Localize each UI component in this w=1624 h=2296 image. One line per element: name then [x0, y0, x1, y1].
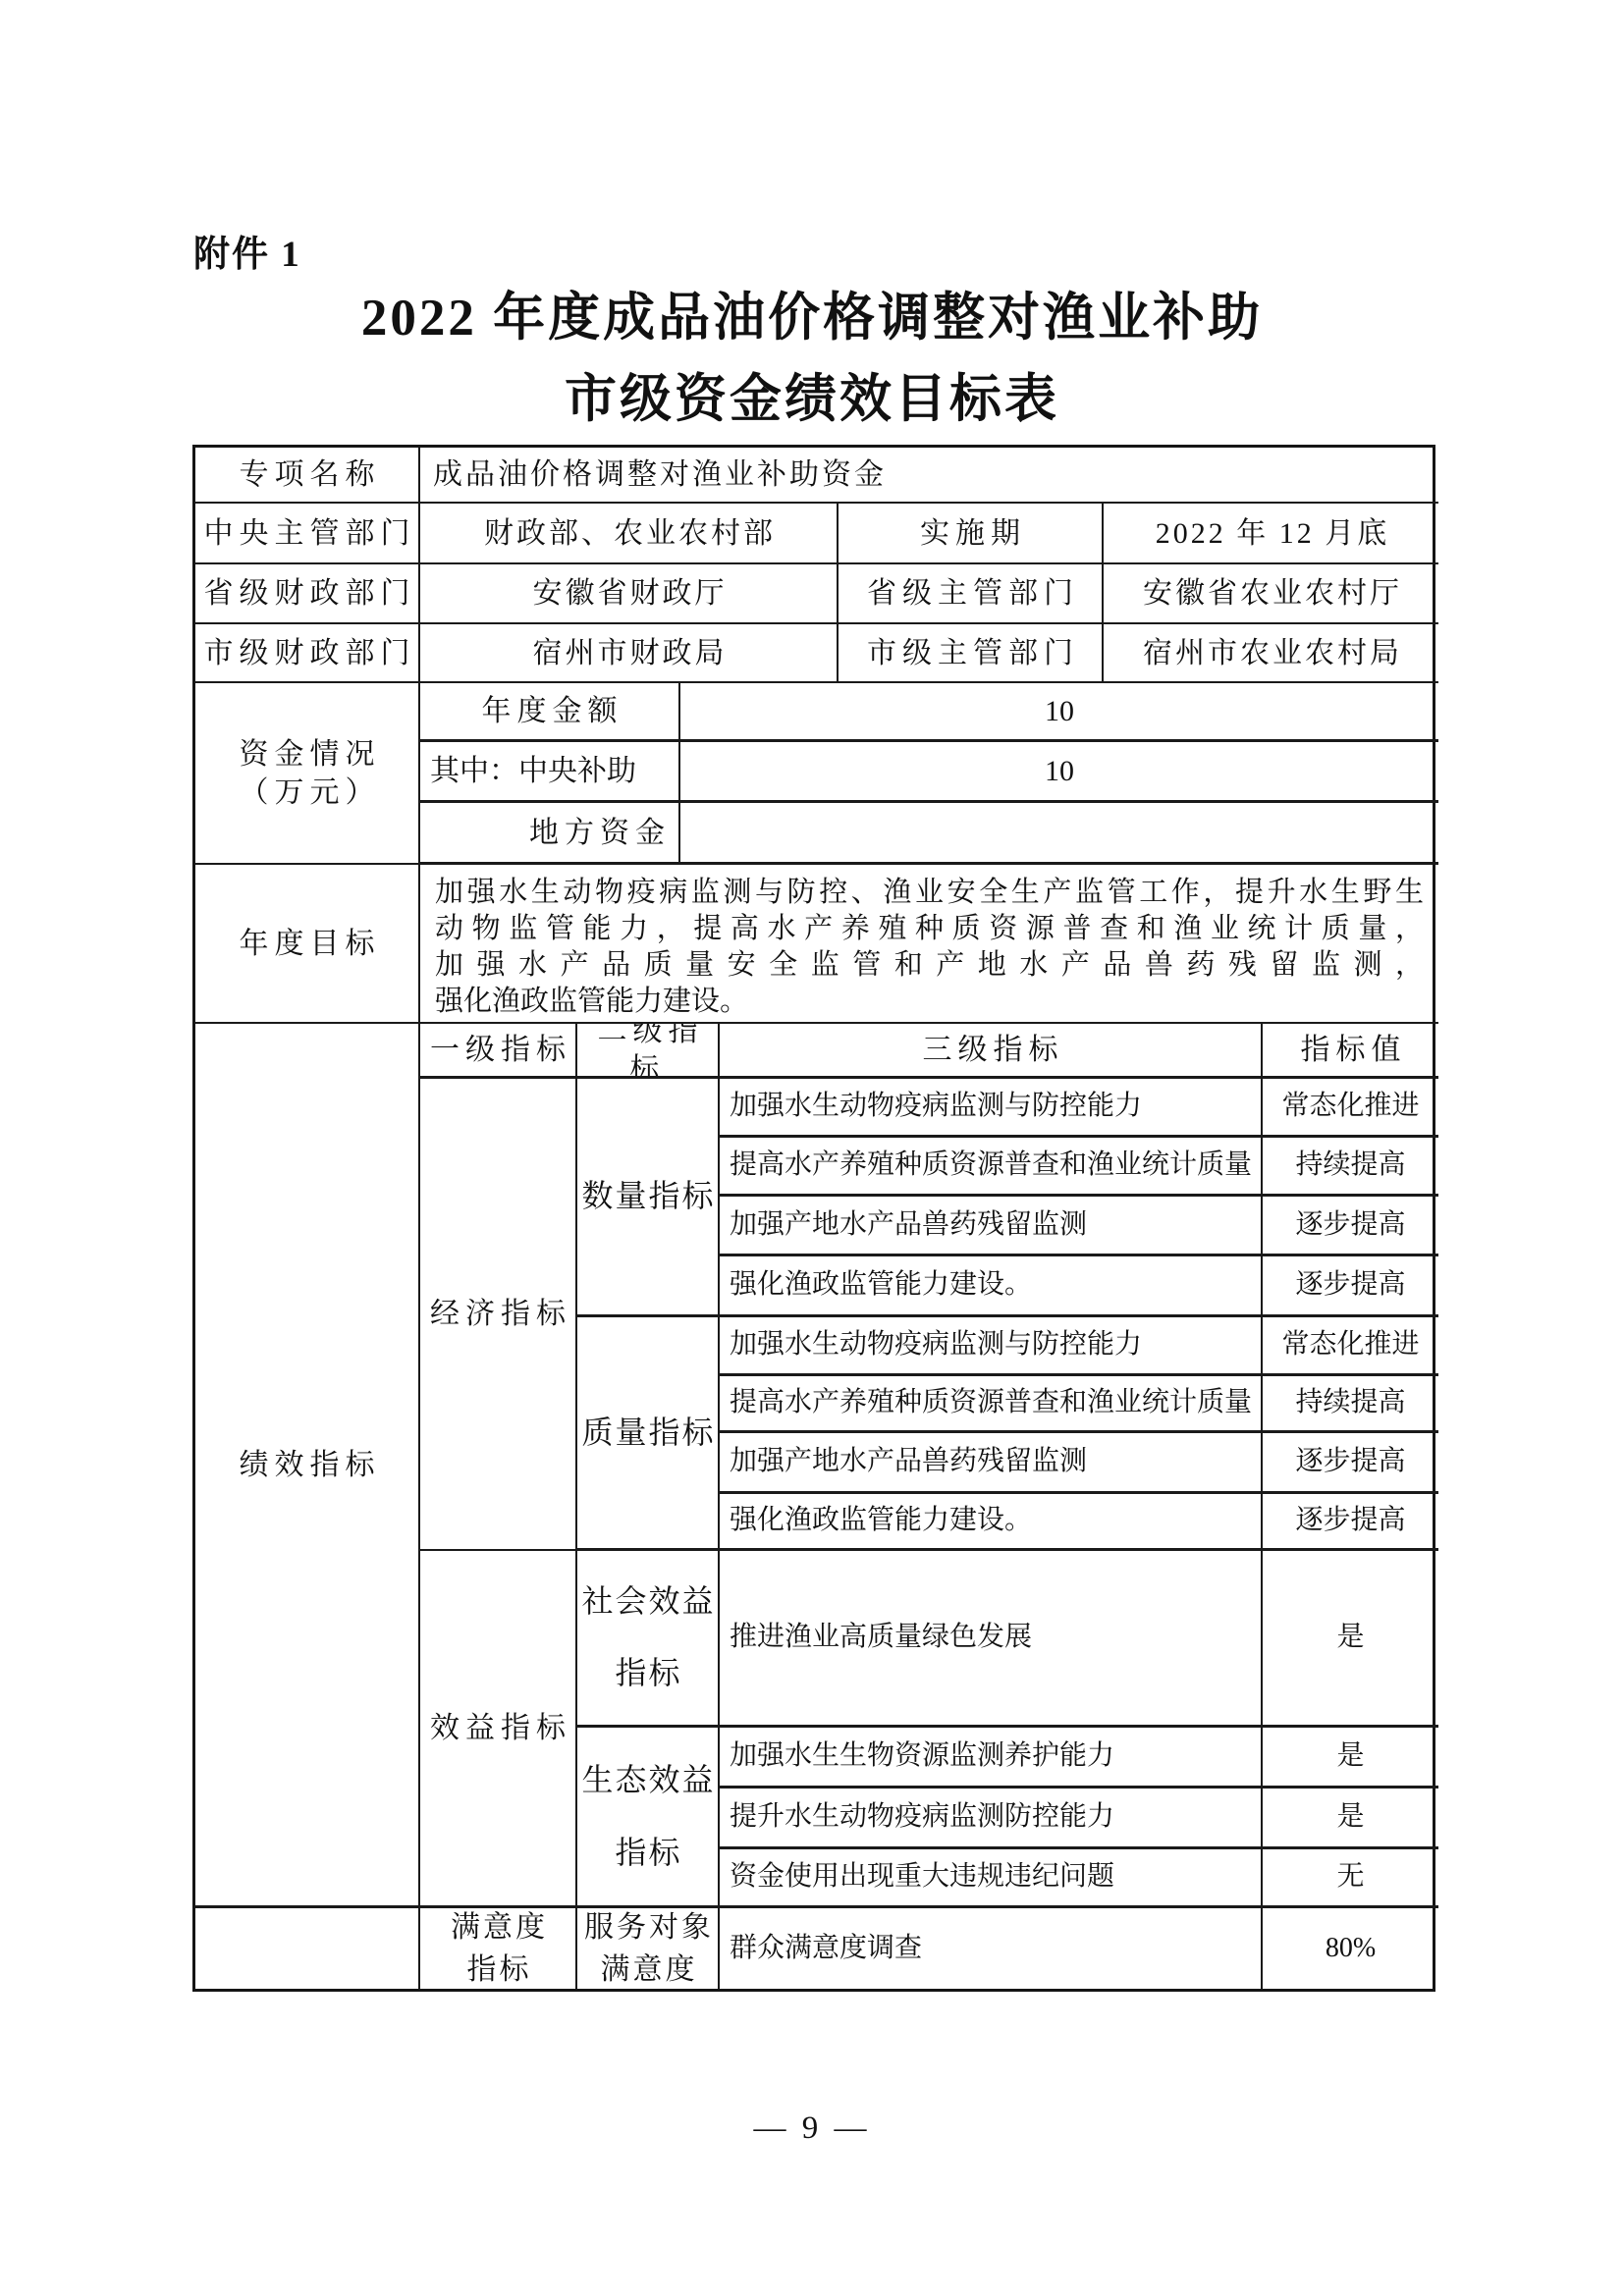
- cell-quantity-row1-value: 常态化推进: [1263, 1079, 1438, 1138]
- cell-central-dept-value: 财政部、农业农村部: [420, 504, 839, 564]
- cell-municipal-finance-value: 宿州市财政局: [420, 624, 839, 683]
- annual-goal-line1: 加强水生动物疫病监测与防控、渔业安全生产监管工作，提升水生野生: [435, 875, 1424, 911]
- cell-quantity-indicators-label: 数量指标: [577, 1079, 720, 1317]
- social-benefit-label-line2: 指标: [613, 1653, 681, 1694]
- page-number: — 9 —: [0, 2110, 1624, 2147]
- cell-eco-row1-value: 是: [1263, 1728, 1438, 1789]
- cell-quantity-row2-name: 提高水产养殖种质资源普查和渔业统计质量: [720, 1138, 1263, 1197]
- cell-satisfaction-label: 满意度 指标: [420, 1908, 577, 1989]
- cell-economic-indicators-label: 经济指标: [420, 1079, 577, 1551]
- cell-quality-indicators-label: 质量指标: [577, 1317, 720, 1551]
- document-title: 2022 年度成品油价格调整对渔业补助 市级资金绩效目标表: [0, 278, 1624, 441]
- cell-social-row1-name: 推进渔业高质量绿色发展: [720, 1551, 1263, 1728]
- cell-header-level3: 三级指标: [720, 1024, 1263, 1079]
- eco-benefit-label-line2: 指标: [613, 1833, 681, 1874]
- satisfaction-label-line2: 指标: [464, 1949, 532, 1989]
- cell-municipal-finance-label: 市级财政部门: [195, 624, 420, 683]
- attachment-label: 附件 1: [193, 224, 301, 277]
- satisfaction-label-line1: 满意度: [448, 1908, 548, 1949]
- annual-goal-line3: 加强水产品质量安全监管和产地水产品兽药残留监测，: [435, 947, 1424, 984]
- cell-project-name-label: 专项名称: [195, 448, 420, 504]
- cell-quantity-row1-name: 加强水生动物疫病监测与防控能力: [720, 1079, 1263, 1138]
- cell-quality-row1-name: 加强水生动物疫病监测与防控能力: [720, 1317, 1263, 1376]
- cell-satisfaction-row1-name: 群众满意度调查: [720, 1908, 1263, 1989]
- cell-annual-goal-text: 加强水生动物疫病监测与防控、渔业安全生产监管工作，提升水生野生 动物监管能力，提…: [420, 865, 1438, 1024]
- cell-provincial-finance-value: 安徽省财政厅: [420, 564, 839, 624]
- cell-quality-row2-value: 持续提高: [1263, 1376, 1438, 1433]
- cell-municipal-dept-label: 市级主管部门: [839, 624, 1104, 683]
- document-title-line1: 2022 年度成品油价格调整对渔业补助: [0, 278, 1624, 359]
- document-title-line2: 市级资金绩效目标表: [0, 359, 1624, 441]
- cell-annual-goal-label: 年度目标: [195, 865, 420, 1024]
- cell-provincial-finance-label: 省级财政部门: [195, 564, 420, 624]
- cell-eco-row3-value: 无: [1263, 1849, 1438, 1908]
- cell-eco-row2-name: 提升水生动物疫病监测防控能力: [720, 1789, 1263, 1849]
- annual-goal-line2: 动物监管能力，提高水产养殖种质资源普查和渔业统计质量，: [435, 911, 1424, 947]
- cell-satisfaction-empty: [195, 1908, 420, 1989]
- cell-quality-row1-value: 常态化推进: [1263, 1317, 1438, 1376]
- service-target-label-line2: 满意度: [598, 1949, 698, 1989]
- social-benefit-label-line1: 社会效益: [579, 1581, 715, 1623]
- cell-annual-amount-label: 年度金额: [420, 683, 680, 742]
- cell-eco-benefit-label: 生态效益 指标: [577, 1728, 720, 1908]
- cell-social-benefit-label: 社会效益 指标: [577, 1551, 720, 1728]
- cell-funding-label: 资金情况 （万元）: [195, 683, 420, 865]
- cell-eco-row2-value: 是: [1263, 1789, 1438, 1849]
- cell-eco-row1-name: 加强水生生物资源监测养护能力: [720, 1728, 1263, 1789]
- cell-central-subsidy-value: 10: [680, 742, 1438, 803]
- cell-quality-row3-name: 加强产地水产品兽药残留监测: [720, 1433, 1263, 1494]
- cell-period-value: 2022 年 12 月底: [1104, 504, 1438, 564]
- performance-target-table: 专项名称 成品油价格调整对渔业补助资金 中央主管部门 财政部、农业农村部 实施期…: [192, 445, 1435, 1992]
- cell-period-label: 实施期: [839, 504, 1104, 564]
- cell-header-level1: 一级指标: [420, 1024, 577, 1079]
- cell-municipal-dept-value: 宿州市农业农村局: [1104, 624, 1438, 683]
- cell-quality-row4-name: 强化渔政监管能力建设。: [720, 1494, 1263, 1551]
- cell-service-target-label: 服务对象 满意度: [577, 1908, 720, 1989]
- cell-local-funds-value: [680, 803, 1438, 865]
- cell-annual-amount-value: 10: [680, 683, 1438, 742]
- funding-label-line2: （万元）: [234, 774, 381, 812]
- cell-quality-row2-name: 提高水产养殖种质资源普查和渔业统计质量: [720, 1376, 1263, 1433]
- cell-central-subsidy-label: 其中：中央补助: [420, 742, 680, 803]
- cell-social-row1-value: 是: [1263, 1551, 1438, 1728]
- cell-quantity-row4-name: 强化渔政监管能力建设。: [720, 1256, 1263, 1317]
- cell-central-dept-label: 中央主管部门: [195, 504, 420, 564]
- service-target-label-line1: 服务对象: [581, 1908, 714, 1949]
- cell-header-value: 指标值: [1263, 1024, 1438, 1079]
- cell-quantity-row2-value: 持续提高: [1263, 1138, 1438, 1197]
- cell-benefit-indicators-label: 效益指标: [420, 1551, 577, 1908]
- cell-header-level2: 二级指标: [577, 1024, 720, 1079]
- cell-quantity-row4-value: 逐步提高: [1263, 1256, 1438, 1317]
- cell-quantity-row3-name: 加强产地水产品兽药残留监测: [720, 1197, 1263, 1256]
- cell-quality-row3-value: 逐步提高: [1263, 1433, 1438, 1494]
- annual-goal-line4: 强化渔政监管能力建设。: [435, 984, 1424, 1020]
- cell-performance-indicators-label: 绩效指标: [195, 1024, 420, 1908]
- cell-project-name-value: 成品油价格调整对渔业补助资金: [420, 448, 1438, 504]
- cell-quantity-row3-value: 逐步提高: [1263, 1197, 1438, 1256]
- cell-eco-row3-name: 资金使用出现重大违规违纪问题: [720, 1849, 1263, 1908]
- cell-provincial-dept-value: 安徽省农业农村厅: [1104, 564, 1438, 624]
- cell-local-funds-label: 地方资金: [420, 803, 680, 865]
- eco-benefit-label-line1: 生态效益: [579, 1760, 715, 1801]
- cell-provincial-dept-label: 省级主管部门: [839, 564, 1104, 624]
- funding-label-line1: 资金情况: [234, 735, 381, 774]
- cell-quality-row4-value: 逐步提高: [1263, 1494, 1438, 1551]
- cell-satisfaction-row1-value: 80%: [1263, 1908, 1438, 1989]
